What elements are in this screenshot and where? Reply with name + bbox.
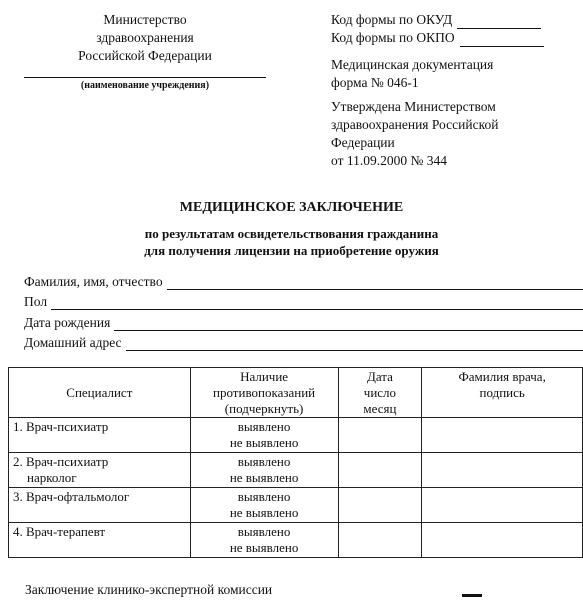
specialist-cell: 3. Врач-офтальмолог: [9, 488, 191, 523]
sex-label: Пол: [24, 293, 47, 310]
document-subtitle: по результатам освидетельствования гражд…: [0, 225, 583, 259]
option-detected[interactable]: выявлено: [191, 524, 338, 540]
date-cell[interactable]: [338, 488, 422, 523]
header-line: месяц: [339, 401, 422, 417]
table-row: 3. Врач-офтальмолог выявлено не выявлено: [9, 488, 583, 523]
doctor-cell[interactable]: [422, 418, 583, 453]
table-row: 1. Врач-психиатр выявлено не выявлено: [9, 418, 583, 453]
header-doctor: Фамилия врача, подпись: [422, 368, 583, 418]
form-number: форма № 046-1: [331, 74, 493, 92]
header-specialist: Специалист: [9, 368, 191, 418]
home-address-field[interactable]: [126, 338, 583, 351]
option-detected[interactable]: выявлено: [191, 419, 338, 435]
specialist-cell: 2. Врач-психиатр нарколог: [9, 453, 191, 488]
header-line: Дата: [339, 369, 422, 385]
header-line: Фамилия врача,: [422, 369, 582, 385]
subtitle-line: по результатам освидетельствования гражд…: [0, 225, 583, 242]
okpo-field[interactable]: [460, 33, 544, 47]
header-line: число: [339, 385, 422, 401]
table-row: 2. Врач-психиатр нарколог выявлено не вы…: [9, 453, 583, 488]
approval-line: Утверждена Министерством: [331, 98, 498, 116]
specialist-cell: 4. Врач-терапевт: [9, 523, 191, 558]
birth-date-label: Дата рождения: [24, 314, 110, 331]
doctor-cell[interactable]: [422, 523, 583, 558]
subtitle-line: для получения лицензии на приобретение о…: [0, 242, 583, 259]
contraindications-cell[interactable]: выявлено не выявлено: [190, 453, 338, 488]
option-not-detected[interactable]: не выявлено: [191, 505, 338, 521]
specialist-cell: 1. Врач-психиатр: [9, 418, 191, 453]
approval-line: здравоохранения Российской: [331, 116, 498, 134]
full-name-field[interactable]: [167, 277, 583, 290]
sex-field[interactable]: [51, 297, 583, 310]
header-line: противопоказаний: [191, 385, 338, 401]
specialist-line: нарколог: [13, 470, 190, 486]
date-cell[interactable]: [338, 523, 422, 558]
option-detected[interactable]: выявлено: [191, 489, 338, 505]
doc-type: Медицинская документация форма № 046-1: [331, 56, 493, 92]
okud-row: Код формы по ОКУД: [331, 11, 544, 29]
option-not-detected[interactable]: не выявлено: [191, 435, 338, 451]
date-cell[interactable]: [338, 418, 422, 453]
header-contraindications: Наличие противопоказаний (подчеркнуть): [190, 368, 338, 418]
approval-date: от 11.09.2000 № 344: [331, 152, 498, 170]
specialists-table: Специалист Наличие противопоказаний (под…: [8, 367, 583, 558]
ministry-line: Министерство: [60, 11, 230, 29]
institution-caption: (наименование учреждения): [24, 80, 266, 91]
commission-conclusion-label: Заключение клинико-экспертной комиссии: [25, 582, 272, 598]
home-address-label: Домашний адрес: [24, 334, 122, 351]
okud-field[interactable]: [457, 15, 541, 29]
option-detected[interactable]: выявлено: [191, 454, 338, 470]
date-cell[interactable]: [338, 453, 422, 488]
table-row: 4. Врач-терапевт выявлено не выявлено: [9, 523, 583, 558]
cropped-text-fragment: [462, 594, 482, 600]
contraindications-cell[interactable]: выявлено не выявлено: [190, 418, 338, 453]
table-header-row: Специалист Наличие противопоказаний (под…: [9, 368, 583, 418]
header-line: Наличие: [191, 369, 338, 385]
doc-type-line: Медицинская документация: [331, 56, 493, 74]
specialist-line: 2. Врач-психиатр: [13, 454, 108, 469]
ministry-line: здравоохранения: [60, 29, 230, 47]
home-address-row: Домашний адрес: [24, 334, 583, 351]
ministry-line: Российской Федерации: [60, 47, 230, 65]
birth-date-field[interactable]: [114, 318, 583, 331]
doctor-cell[interactable]: [422, 453, 583, 488]
contraindications-cell[interactable]: выявлено не выявлено: [190, 523, 338, 558]
approval-block: Утверждена Министерством здравоохранения…: [331, 98, 498, 170]
contraindications-cell[interactable]: выявлено не выявлено: [190, 488, 338, 523]
option-not-detected[interactable]: не выявлено: [191, 470, 338, 486]
okud-label: Код формы по ОКУД: [331, 11, 452, 29]
approval-line: Федерации: [331, 134, 498, 152]
header-line: (подчеркнуть): [191, 401, 338, 417]
sex-row: Пол: [24, 293, 583, 310]
header-date: Дата число месяц: [338, 368, 422, 418]
full-name-label: Фамилия, имя, отчество: [24, 273, 163, 290]
doctor-cell[interactable]: [422, 488, 583, 523]
header-line: подпись: [422, 385, 582, 401]
birth-date-row: Дата рождения: [24, 314, 583, 331]
okpo-row: Код формы по ОКПО: [331, 29, 544, 47]
okpo-label: Код формы по ОКПО: [331, 29, 455, 47]
full-name-row: Фамилия, имя, отчество: [24, 273, 583, 290]
institution-name-field[interactable]: [24, 77, 266, 78]
ministry-header: Министерство здравоохранения Российской …: [60, 11, 230, 65]
form-codes: Код формы по ОКУД Код формы по ОКПО: [331, 11, 544, 47]
document-title: МЕДИЦИНСКОЕ ЗАКЛЮЧЕНИЕ: [0, 200, 583, 216]
option-not-detected[interactable]: не выявлено: [191, 540, 338, 556]
